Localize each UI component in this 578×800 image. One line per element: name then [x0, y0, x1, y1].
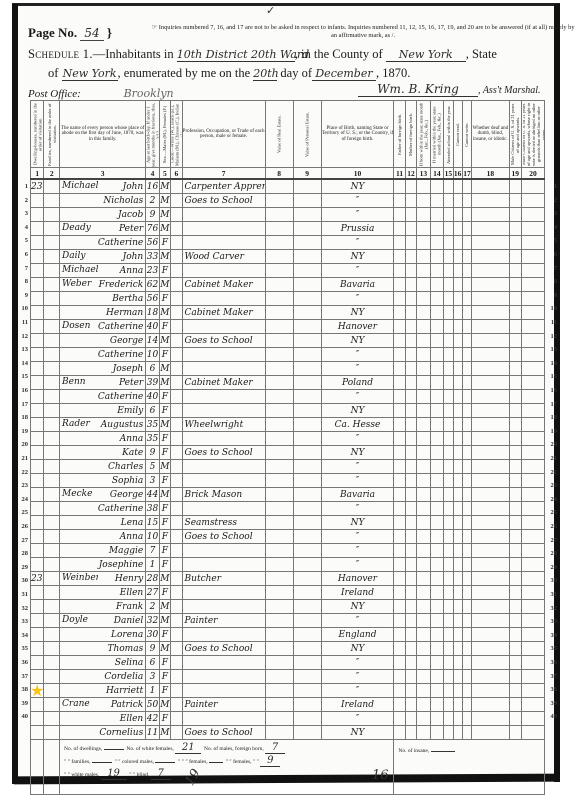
- col-11-cell: [394, 222, 405, 236]
- col-16-cell: [453, 446, 462, 460]
- col-11-cell: [394, 600, 405, 614]
- line-number-r: 40: [547, 713, 557, 720]
- table-row[interactable]: Catherine40F″: [31, 390, 545, 404]
- age-cell: 27: [146, 586, 159, 600]
- line-number-r: 20: [547, 441, 557, 448]
- age-cell: 15: [146, 516, 159, 530]
- col-17-cell: [462, 684, 471, 698]
- col-number-14: 14: [430, 168, 443, 180]
- line-number-l: 4: [18, 224, 28, 231]
- col-12-cell: [405, 222, 416, 236]
- sex-cell: F: [159, 544, 170, 558]
- table-row[interactable]: Lena15FSeamstressNY: [31, 516, 545, 530]
- table-row[interactable]: Jacob9M″: [31, 208, 545, 222]
- table-row[interactable]: Selina6F″: [31, 656, 545, 670]
- col-13-cell: [417, 572, 430, 586]
- col-20-cell: [522, 306, 545, 320]
- col-15-cell: [444, 446, 453, 460]
- age-cell: 5: [146, 460, 159, 474]
- real-estate-cell: [265, 642, 293, 656]
- col-11-cell: [394, 656, 405, 670]
- age-cell: 40: [146, 390, 159, 404]
- scan-border-top: [12, 3, 560, 6]
- dwelling-cell: [31, 586, 44, 600]
- col-20-cell: [522, 684, 545, 698]
- line-number-l: 11: [18, 319, 28, 326]
- col-17-cell: [462, 278, 471, 292]
- color-cell: [171, 404, 182, 418]
- birthplace-cell: Bavaria: [321, 278, 394, 292]
- dwelling-cell: [31, 670, 44, 684]
- given-name: Henry: [115, 574, 143, 584]
- state-field: New York: [62, 67, 118, 81]
- col-number-20: 20: [522, 168, 545, 180]
- age-cell: 1: [146, 558, 159, 572]
- col-15-cell: [444, 670, 453, 684]
- col-19-cell: [509, 488, 521, 502]
- occupation-cell: [182, 670, 265, 684]
- col-11-cell: [394, 348, 405, 362]
- col-15-cell: [444, 502, 453, 516]
- occupation-cell: Cabinet Maker: [182, 376, 265, 390]
- col-11-cell: [394, 572, 405, 586]
- table-row[interactable]: Kate9FGoes to SchoolNY: [31, 446, 545, 460]
- col-17-cell: [462, 516, 471, 530]
- occupation-cell: Goes to School: [182, 726, 265, 740]
- col-12-cell: [405, 544, 416, 558]
- col-20-cell: [522, 390, 545, 404]
- table-row[interactable]: DosenCatherine40FHanover: [31, 320, 545, 334]
- col-15-cell: [444, 656, 453, 670]
- col-19-cell: [509, 642, 521, 656]
- family-cell: [44, 334, 60, 348]
- col-16-cell: [453, 222, 462, 236]
- col-20-cell: [522, 194, 545, 208]
- col-19-cell: [509, 558, 521, 572]
- family-cell: [44, 432, 60, 446]
- col-19-cell: [509, 572, 521, 586]
- line-number-l: 34: [18, 632, 28, 639]
- table-row[interactable]: DeadyPeter76MPrussia: [31, 222, 545, 236]
- col-11-cell: [394, 236, 405, 250]
- col-12-cell: [405, 712, 416, 726]
- table-row[interactable]: Catherine38F″: [31, 502, 545, 516]
- family-cell: [44, 264, 60, 278]
- col-header-1: Dwelling-houses, numbered in the order o…: [31, 101, 44, 168]
- col-number-12: 12: [405, 168, 416, 180]
- table-row[interactable]: Cordelia3F″: [31, 670, 545, 684]
- table-row[interactable]: Anna10FGoes to School″: [31, 530, 545, 544]
- sex-cell: F: [159, 404, 170, 418]
- col-19-cell: [509, 586, 521, 600]
- col-15-cell: [444, 600, 453, 614]
- table-row[interactable]: Thomas9MGoes to SchoolNY: [31, 642, 545, 656]
- line-number-l: 14: [18, 360, 28, 367]
- occupation-cell: [182, 390, 265, 404]
- personal-estate-cell: [293, 404, 321, 418]
- col-number-1: 1: [31, 168, 44, 180]
- birthplace-cell: Ireland: [321, 698, 394, 712]
- col-12-cell: [405, 306, 416, 320]
- personal-estate-cell: [293, 460, 321, 474]
- col-13-cell: [417, 642, 430, 656]
- col-19-cell: [509, 264, 521, 278]
- table-row[interactable]: MichaelAnna23F″: [31, 264, 545, 278]
- col-18-cell: [472, 614, 509, 628]
- name-cell: DoyleDaniel: [60, 614, 146, 628]
- line-number-r: 11: [547, 319, 557, 326]
- col-19-cell: [509, 292, 521, 306]
- col-11-cell: [394, 179, 405, 194]
- age-cell: 62: [146, 278, 159, 292]
- table-row[interactable]: Cornelius11MGoes to SchoolNY: [31, 726, 545, 740]
- table-row[interactable]: Ellen42F″: [31, 712, 545, 726]
- table-row[interactable]: Emily6FNY: [31, 404, 545, 418]
- table-row[interactable]: DoyleDaniel32MPainter″: [31, 614, 545, 628]
- birthplace-cell: ″: [321, 348, 394, 362]
- age-cell: 32: [146, 614, 159, 628]
- col-17-cell: [462, 348, 471, 362]
- col-14-cell: [430, 446, 443, 460]
- col-19-cell: [509, 530, 521, 544]
- family-cell: [44, 460, 60, 474]
- col-19-cell: [509, 614, 521, 628]
- star-icon[interactable]: ★: [30, 684, 44, 700]
- line-number-r: 29: [547, 564, 557, 571]
- col-19-cell: [509, 194, 521, 208]
- family-cell: [44, 516, 60, 530]
- given-name: Catherine: [98, 322, 143, 332]
- col-header-11: Father of foreign birth.: [394, 101, 405, 168]
- line-number-l: 12: [18, 333, 28, 340]
- table-row[interactable]: MeckeGeorge44MBrick MasonBavaria: [31, 488, 545, 502]
- col-13-cell: [417, 712, 430, 726]
- personal-estate-cell: [293, 544, 321, 558]
- color-cell: [171, 460, 182, 474]
- county-field: New York: [386, 48, 466, 62]
- occupation-cell: Goes to School: [182, 642, 265, 656]
- table-row[interactable]: Catherine10F″: [31, 348, 545, 362]
- col-12-cell: [405, 418, 416, 432]
- col-13-cell: [417, 460, 430, 474]
- col-14-cell: [430, 306, 443, 320]
- given-name: Kate: [122, 448, 143, 458]
- col-13-cell: [417, 208, 430, 222]
- age-cell: 23: [146, 264, 159, 278]
- col-14-cell: [430, 264, 443, 278]
- color-cell: [171, 306, 182, 320]
- col-14-cell: [430, 334, 443, 348]
- age-cell: 9: [146, 446, 159, 460]
- col-16-cell: [453, 698, 462, 712]
- col-18-cell: [472, 306, 509, 320]
- color-cell: [171, 432, 182, 446]
- table-row[interactable]: CranePatrick50MPainterIreland: [31, 698, 545, 712]
- line-number-r: 4: [547, 224, 557, 231]
- line-number-l: 25: [18, 509, 28, 516]
- table-row[interactable]: Charles5M″: [31, 460, 545, 474]
- col-17-cell: [462, 306, 471, 320]
- table-row[interactable]: BennPeter39MCabinet MakerPoland: [31, 376, 545, 390]
- family-cell: [44, 208, 60, 222]
- line-number-l: 38: [18, 686, 28, 693]
- dwelling-cell: [31, 474, 44, 488]
- enumeration-line: of New York, enumerated by me on the 20t…: [48, 66, 410, 81]
- col-number-9: 9: [293, 168, 321, 180]
- col-17-cell: [462, 446, 471, 460]
- sex-cell: F: [159, 348, 170, 362]
- name-cell: Anna: [60, 432, 146, 446]
- real-estate-cell: [265, 558, 293, 572]
- surname: Doyle: [60, 614, 98, 626]
- given-name: Sophia: [112, 476, 143, 486]
- col-19-cell: [509, 236, 521, 250]
- family-cell: [44, 250, 60, 264]
- col-11-cell: [394, 418, 405, 432]
- birthplace-cell: NY: [321, 516, 394, 530]
- dwelling-cell: [31, 390, 44, 404]
- line-number-l: 2: [18, 197, 28, 204]
- col-header-19: Male Citizens of U. S. of 21 years of ag…: [509, 101, 521, 168]
- table-row[interactable]: DailyJohn33MWood CarverNY: [31, 250, 545, 264]
- col-17-cell: [462, 502, 471, 516]
- line-number-l: 13: [18, 346, 28, 353]
- line-number-r: 9: [547, 292, 557, 299]
- col-15-cell: [444, 572, 453, 586]
- col-20-cell: [522, 516, 545, 530]
- col-16-cell: [453, 264, 462, 278]
- name-cell: WeberFrederick: [60, 278, 146, 292]
- col-20-cell: [522, 712, 545, 726]
- col-11-cell: [394, 614, 405, 628]
- given-name: Peter: [119, 224, 143, 234]
- dwelling-cell: [31, 306, 44, 320]
- col-13-cell: [417, 502, 430, 516]
- col-14-cell: [430, 656, 443, 670]
- table-row[interactable]: 237MichaelJohn16MCarpenter ApprenticeNY: [31, 179, 545, 194]
- col-19-cell: [509, 698, 521, 712]
- personal-estate-cell: [293, 320, 321, 334]
- col-16-cell: [453, 516, 462, 530]
- col-12-cell: [405, 179, 416, 194]
- summary-block: No. of dwellings, No. of white females, …: [60, 740, 394, 795]
- col-12-cell: [405, 460, 416, 474]
- given-name: Catherine: [98, 392, 143, 402]
- name-cell: Bertha: [60, 292, 146, 306]
- col-14-cell: [430, 698, 443, 712]
- col-18-cell: [472, 446, 509, 460]
- birthplace-cell: NY: [321, 250, 394, 264]
- col-12-cell: [405, 628, 416, 642]
- col-11-cell: [394, 502, 405, 516]
- schedule-line: Schedule 1.—Inhabitants in 10th District…: [28, 47, 497, 62]
- table-row[interactable]: 239WeinbergerHenry28MButcherHanover: [31, 572, 545, 586]
- col-14-cell: [430, 362, 443, 376]
- col-14-cell: [430, 179, 443, 194]
- surname: Michael: [60, 180, 98, 192]
- name-cell: MichaelJohn: [60, 179, 146, 194]
- col-11-cell: [394, 208, 405, 222]
- col-19-cell: [509, 250, 521, 264]
- col-12-cell: [405, 698, 416, 712]
- color-cell: [171, 544, 182, 558]
- real-estate-cell: [265, 334, 293, 348]
- line-number-l: 39: [18, 700, 28, 707]
- family-cell: [44, 488, 60, 502]
- family-cell: [44, 179, 60, 194]
- col-13-cell: [417, 516, 430, 530]
- col-18-cell: [472, 432, 509, 446]
- col-11-cell: [394, 264, 405, 278]
- line-number-r: 38: [547, 686, 557, 693]
- col-14-cell: [430, 642, 443, 656]
- table-row[interactable]: Harriett1F″: [31, 684, 545, 698]
- age-cell: 6: [146, 362, 159, 376]
- given-name: Augustus: [101, 420, 144, 430]
- dwelling-cell: [31, 712, 44, 726]
- personal-estate-cell: [293, 712, 321, 726]
- personal-estate-cell: [293, 670, 321, 684]
- line-number-l: 28: [18, 550, 28, 557]
- sex-cell: M: [159, 250, 170, 264]
- name-cell: Anna: [60, 530, 146, 544]
- header-line: Page No. 54 } ☞ Inquiries numbered 7, 16…: [28, 25, 558, 41]
- col-20-cell: [522, 264, 545, 278]
- table-row[interactable]: Herman18MCabinet MakerNY: [31, 306, 545, 320]
- col-19-cell: [509, 376, 521, 390]
- col-11-cell: [394, 376, 405, 390]
- col-20-cell: [522, 656, 545, 670]
- color-cell: [171, 488, 182, 502]
- table-row[interactable]: Frank2MNY: [31, 600, 545, 614]
- col-19-cell: [509, 628, 521, 642]
- age-cell: 2: [146, 600, 159, 614]
- color-cell: [171, 572, 182, 586]
- col-20-cell: [522, 670, 545, 684]
- foreign-males-count: 7: [265, 742, 285, 754]
- col-header-6: Color.—White (W.), Black (B.), Mulatto (…: [171, 101, 182, 168]
- table-row[interactable]: Lorena30FEngland: [31, 628, 545, 642]
- name-cell: Lorena: [60, 628, 146, 642]
- line-number-l: 24: [18, 496, 28, 503]
- line-number-l: 3: [18, 210, 28, 217]
- dwelling-cell: [31, 516, 44, 530]
- table-row[interactable]: RaderAugustus35MWheelwrightCa. Hesse: [31, 418, 545, 432]
- col-17-cell: [462, 222, 471, 236]
- col-14-cell: [430, 292, 443, 306]
- col-11-cell: [394, 432, 405, 446]
- occupation-cell: [182, 586, 265, 600]
- col-11-cell: [394, 474, 405, 488]
- occupation-cell: [182, 208, 265, 222]
- col-14-cell: [430, 586, 443, 600]
- personal-estate-cell: [293, 250, 321, 264]
- table-row[interactable]: Maggie7F″: [31, 544, 545, 558]
- surname: Mecke: [60, 488, 98, 500]
- white-males-count: 19: [101, 768, 127, 780]
- table-row[interactable]: Anna35F″: [31, 432, 545, 446]
- sex-cell: M: [159, 572, 170, 586]
- col-17-cell: [462, 670, 471, 684]
- table-row[interactable]: Ellen27FIreland: [31, 586, 545, 600]
- table-row[interactable]: Sophia3F″: [31, 474, 545, 488]
- personal-estate-cell: [293, 642, 321, 656]
- col-13-cell: [417, 348, 430, 362]
- line-number-l: 15: [18, 373, 28, 380]
- surname: Michael: [60, 264, 98, 276]
- color-cell: [171, 446, 182, 460]
- family-cell: [44, 236, 60, 250]
- col-17-cell: [462, 474, 471, 488]
- col-18-cell: [472, 712, 509, 726]
- occupation-cell: Cabinet Maker: [182, 306, 265, 320]
- line-number-r: 27: [547, 537, 557, 544]
- col-header-12: Mother of foreign birth.: [405, 101, 416, 168]
- col-11-cell: [394, 460, 405, 474]
- col-12-cell: [405, 684, 416, 698]
- col-14-cell: [430, 670, 443, 684]
- col-20-cell: [522, 222, 545, 236]
- real-estate-cell: [265, 460, 293, 474]
- col-19-cell: [509, 684, 521, 698]
- family-cell: [44, 446, 60, 460]
- table-row[interactable]: Josephine1F″: [31, 558, 545, 572]
- col-16-cell: [453, 250, 462, 264]
- given-name: Joseph: [113, 364, 144, 374]
- col-14-cell: [430, 278, 443, 292]
- dwelling-cell: [31, 250, 44, 264]
- page-number-value: 54: [80, 26, 103, 41]
- table-row[interactable]: Nicholas2MGoes to School″: [31, 194, 545, 208]
- col-18-cell: [472, 418, 509, 432]
- table-row[interactable]: Joseph6M″: [31, 362, 545, 376]
- birthplace-cell: ″: [321, 390, 394, 404]
- sex-cell: F: [159, 656, 170, 670]
- col-14-cell: [430, 628, 443, 642]
- personal-estate-cell: [293, 179, 321, 194]
- table-row[interactable]: George14MGoes to SchoolNY: [31, 334, 545, 348]
- sex-cell: F: [159, 586, 170, 600]
- name-cell: Kate: [60, 446, 146, 460]
- name-cell: Cornelius: [60, 726, 146, 740]
- family-cell: [44, 362, 60, 376]
- age-cell: 76: [146, 222, 159, 236]
- schedule-label: Schedule 1.: [28, 47, 93, 61]
- family-cell: [44, 306, 60, 320]
- col-19-cell: [509, 348, 521, 362]
- col-13-cell: [417, 250, 430, 264]
- col-17-cell: [462, 404, 471, 418]
- table-row[interactable]: WeberFrederick62MCabinet MakerBavaria: [31, 278, 545, 292]
- table-row[interactable]: Catherine56F″: [31, 236, 545, 250]
- name-cell: Josephine: [60, 558, 146, 572]
- col-11-cell: [394, 390, 405, 404]
- personal-estate-cell: [293, 432, 321, 446]
- col-15-cell: [444, 418, 453, 432]
- line-number-r: 10: [547, 305, 557, 312]
- occupation-cell: [182, 320, 265, 334]
- col-20-cell: [522, 614, 545, 628]
- col-15-cell: [444, 642, 453, 656]
- age-cell: 30: [146, 628, 159, 642]
- year-text: , 1870.: [376, 66, 410, 80]
- table-row[interactable]: Bertha56F″: [31, 292, 545, 306]
- inquiry-note: ☞ Inquiries numbered 7, 16, and 17 are n…: [148, 24, 578, 39]
- col-19-cell: [509, 670, 521, 684]
- col-13-cell: [417, 222, 430, 236]
- col-19-cell: [509, 516, 521, 530]
- birthplace-cell: NY: [321, 642, 394, 656]
